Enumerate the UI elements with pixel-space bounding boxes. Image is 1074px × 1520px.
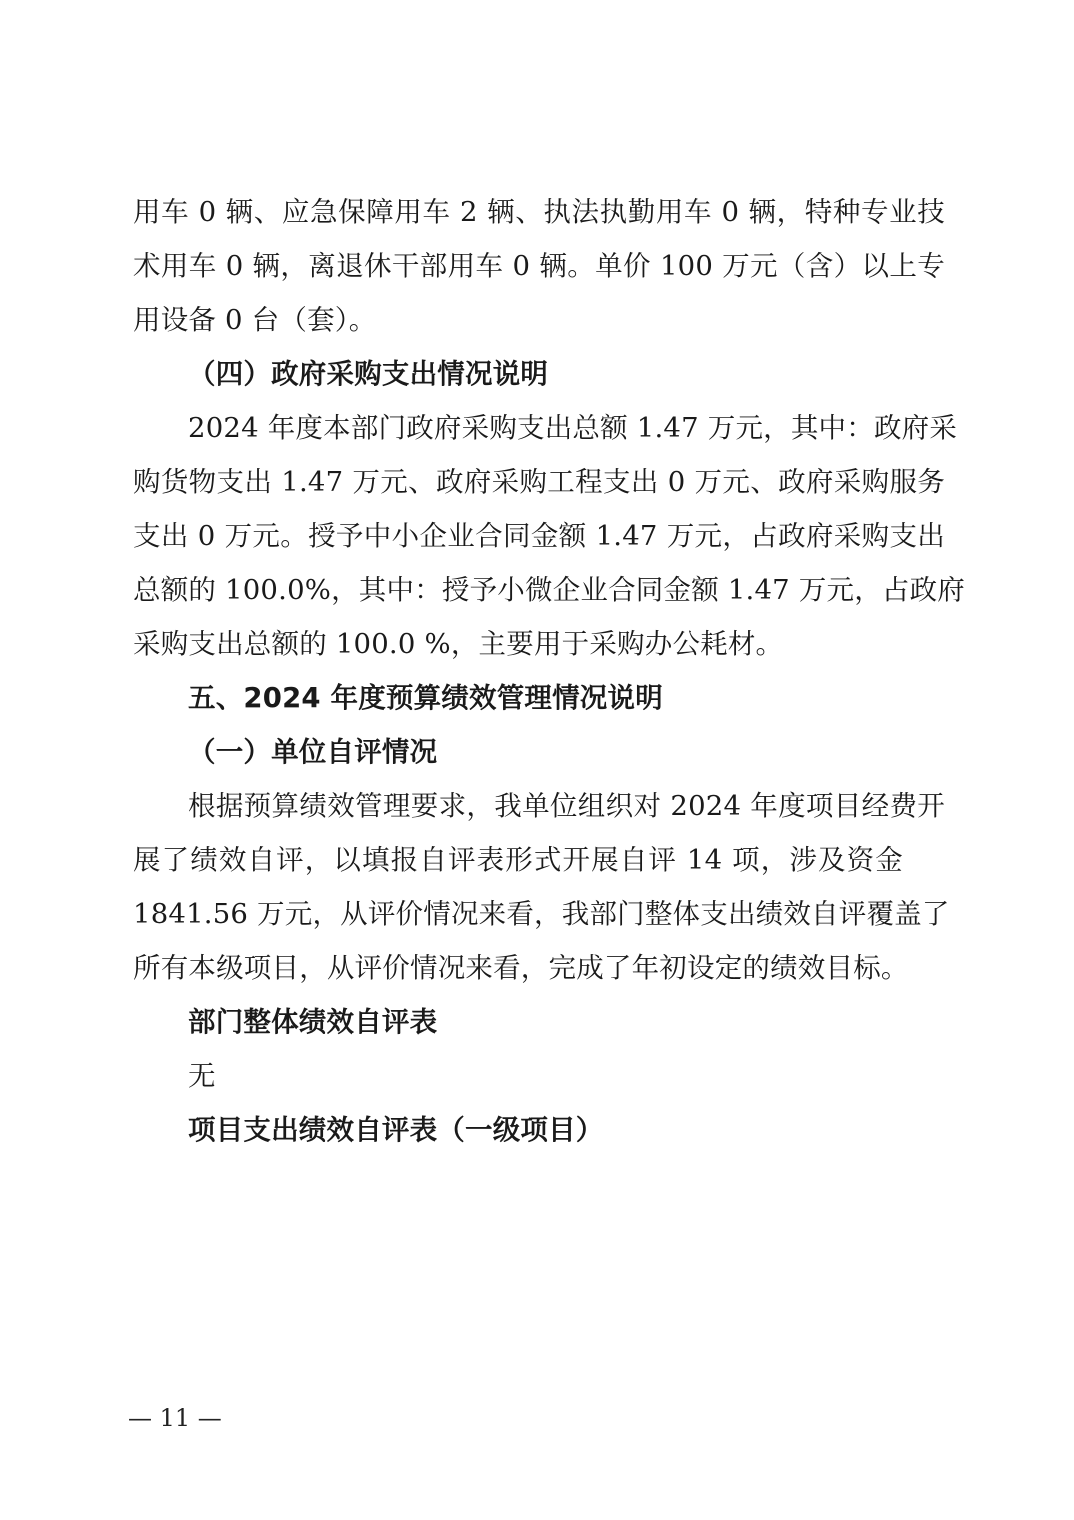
label-department-evaluation-table: 部门整体绩效自评表 (188, 1002, 945, 1042)
vehicle-paragraph-line-2: 术用车 0 辆，离退休干部用车 0 辆。单价 100 万元（含）以上专 (133, 246, 945, 286)
evaluation-paragraph-line-2: 展了绩效自评，以填报自评表形式开展自评 14 项，涉及资金 (133, 840, 903, 880)
vehicle-paragraph-line-1: 用车 0 辆、应急保障用车 2 辆、执法执勤用车 0 辆，特种专业技 (133, 192, 945, 232)
procurement-paragraph-line-5: 采购支出总额的 100.0 %，主要用于采购办公耗材。 (133, 624, 945, 664)
section-heading-performance: 五、2024 年度预算绩效管理情况说明 (188, 678, 945, 718)
evaluation-paragraph-line-4: 所有本级项目，从评价情况来看，完成了年初设定的绩效目标。 (133, 948, 945, 988)
procurement-paragraph-line-3: 支出 0 万元。授予中小企业合同金额 1.47 万元，占政府采购支出 (133, 516, 945, 556)
document-page: 用车 0 辆、应急保障用车 2 辆、执法执勤用车 0 辆，特种专业技 术用车 0… (0, 0, 1074, 1520)
subheading-self-evaluation: （一）单位自评情况 (188, 732, 945, 772)
subheading-procurement: （四）政府采购支出情况说明 (188, 354, 945, 394)
page-number: — 11 — (128, 1403, 222, 1433)
department-evaluation-none: 无 (188, 1056, 945, 1096)
evaluation-paragraph-line-3: 1841.56 万元，从评价情况来看，我部门整体支出绩效自评覆盖了 (133, 894, 945, 934)
procurement-paragraph-line-2: 购货物支出 1.47 万元、政府采购工程支出 0 万元、政府采购服务 (133, 462, 945, 502)
procurement-paragraph-line-4: 总额的 100.0%，其中：授予小微企业合同金额 1.47 万元，占政府 (133, 570, 945, 610)
evaluation-paragraph-line-1: 根据预算绩效管理要求，我单位组织对 2024 年度项目经费开 (188, 786, 945, 826)
vehicle-paragraph-line-3: 用设备 0 台（套）。 (133, 300, 945, 340)
procurement-paragraph-line-1: 2024 年度本部门政府采购支出总额 1.47 万元，其中：政府采 (188, 408, 945, 448)
label-project-evaluation-table: 项目支出绩效自评表（一级项目） (188, 1110, 945, 1150)
